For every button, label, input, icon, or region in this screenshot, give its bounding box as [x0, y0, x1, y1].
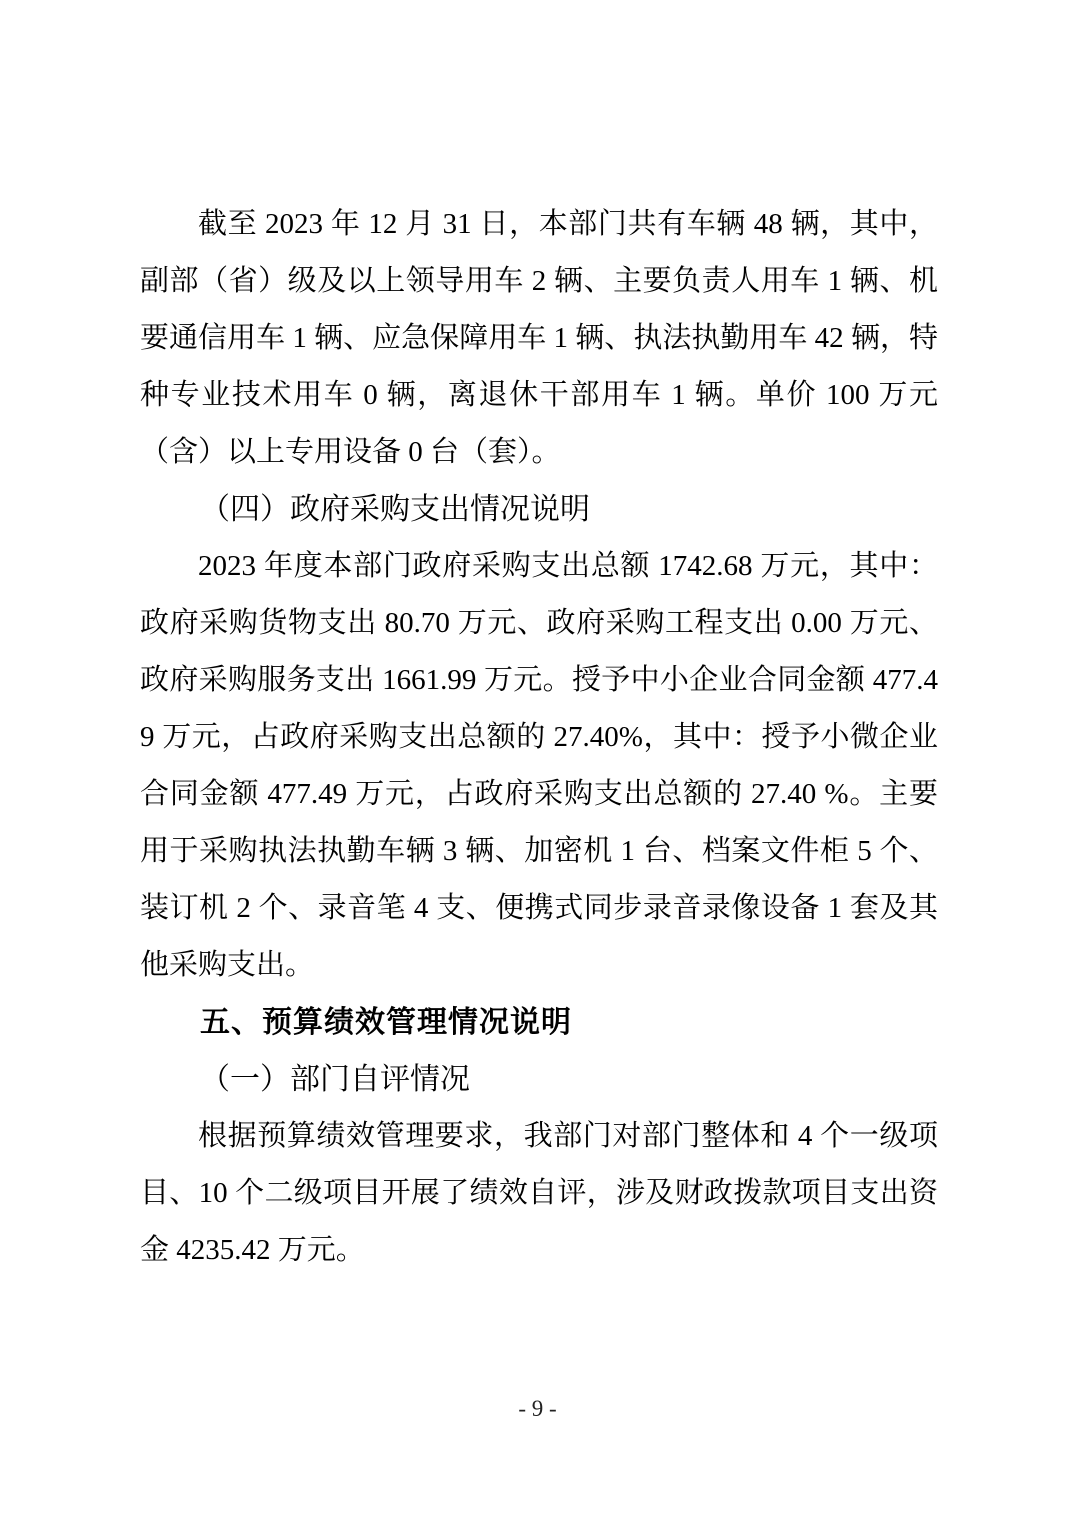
document-page: 截至 2023 年 12 月 31 日，本部门共有车辆 48 辆，其中，副部（省… — [0, 0, 1075, 1520]
heading-section-4-procurement: （四）政府采购支出情况说明 — [140, 481, 938, 538]
document-body: 截至 2023 年 12 月 31 日，本部门共有车辆 48 辆，其中，副部（省… — [140, 196, 938, 1279]
page-number: - 9 - — [0, 1392, 1075, 1426]
paragraph-performance-self-evaluation: 根据预算绩效管理要求，我部门对部门整体和 4 个一级项目、10 个二级项目开展了… — [140, 1108, 938, 1279]
paragraph-procurement-detail: 2023 年度本部门政府采购支出总额 1742.68 万元，其中：政府采购货物支… — [140, 538, 938, 994]
paragraph-vehicle-assets: 截至 2023 年 12 月 31 日，本部门共有车辆 48 辆，其中，副部（省… — [140, 196, 938, 481]
heading-subsection-1-self-evaluation: （一）部门自评情况 — [140, 1051, 938, 1108]
heading-section-5-performance: 五、预算绩效管理情况说明 — [140, 994, 938, 1051]
